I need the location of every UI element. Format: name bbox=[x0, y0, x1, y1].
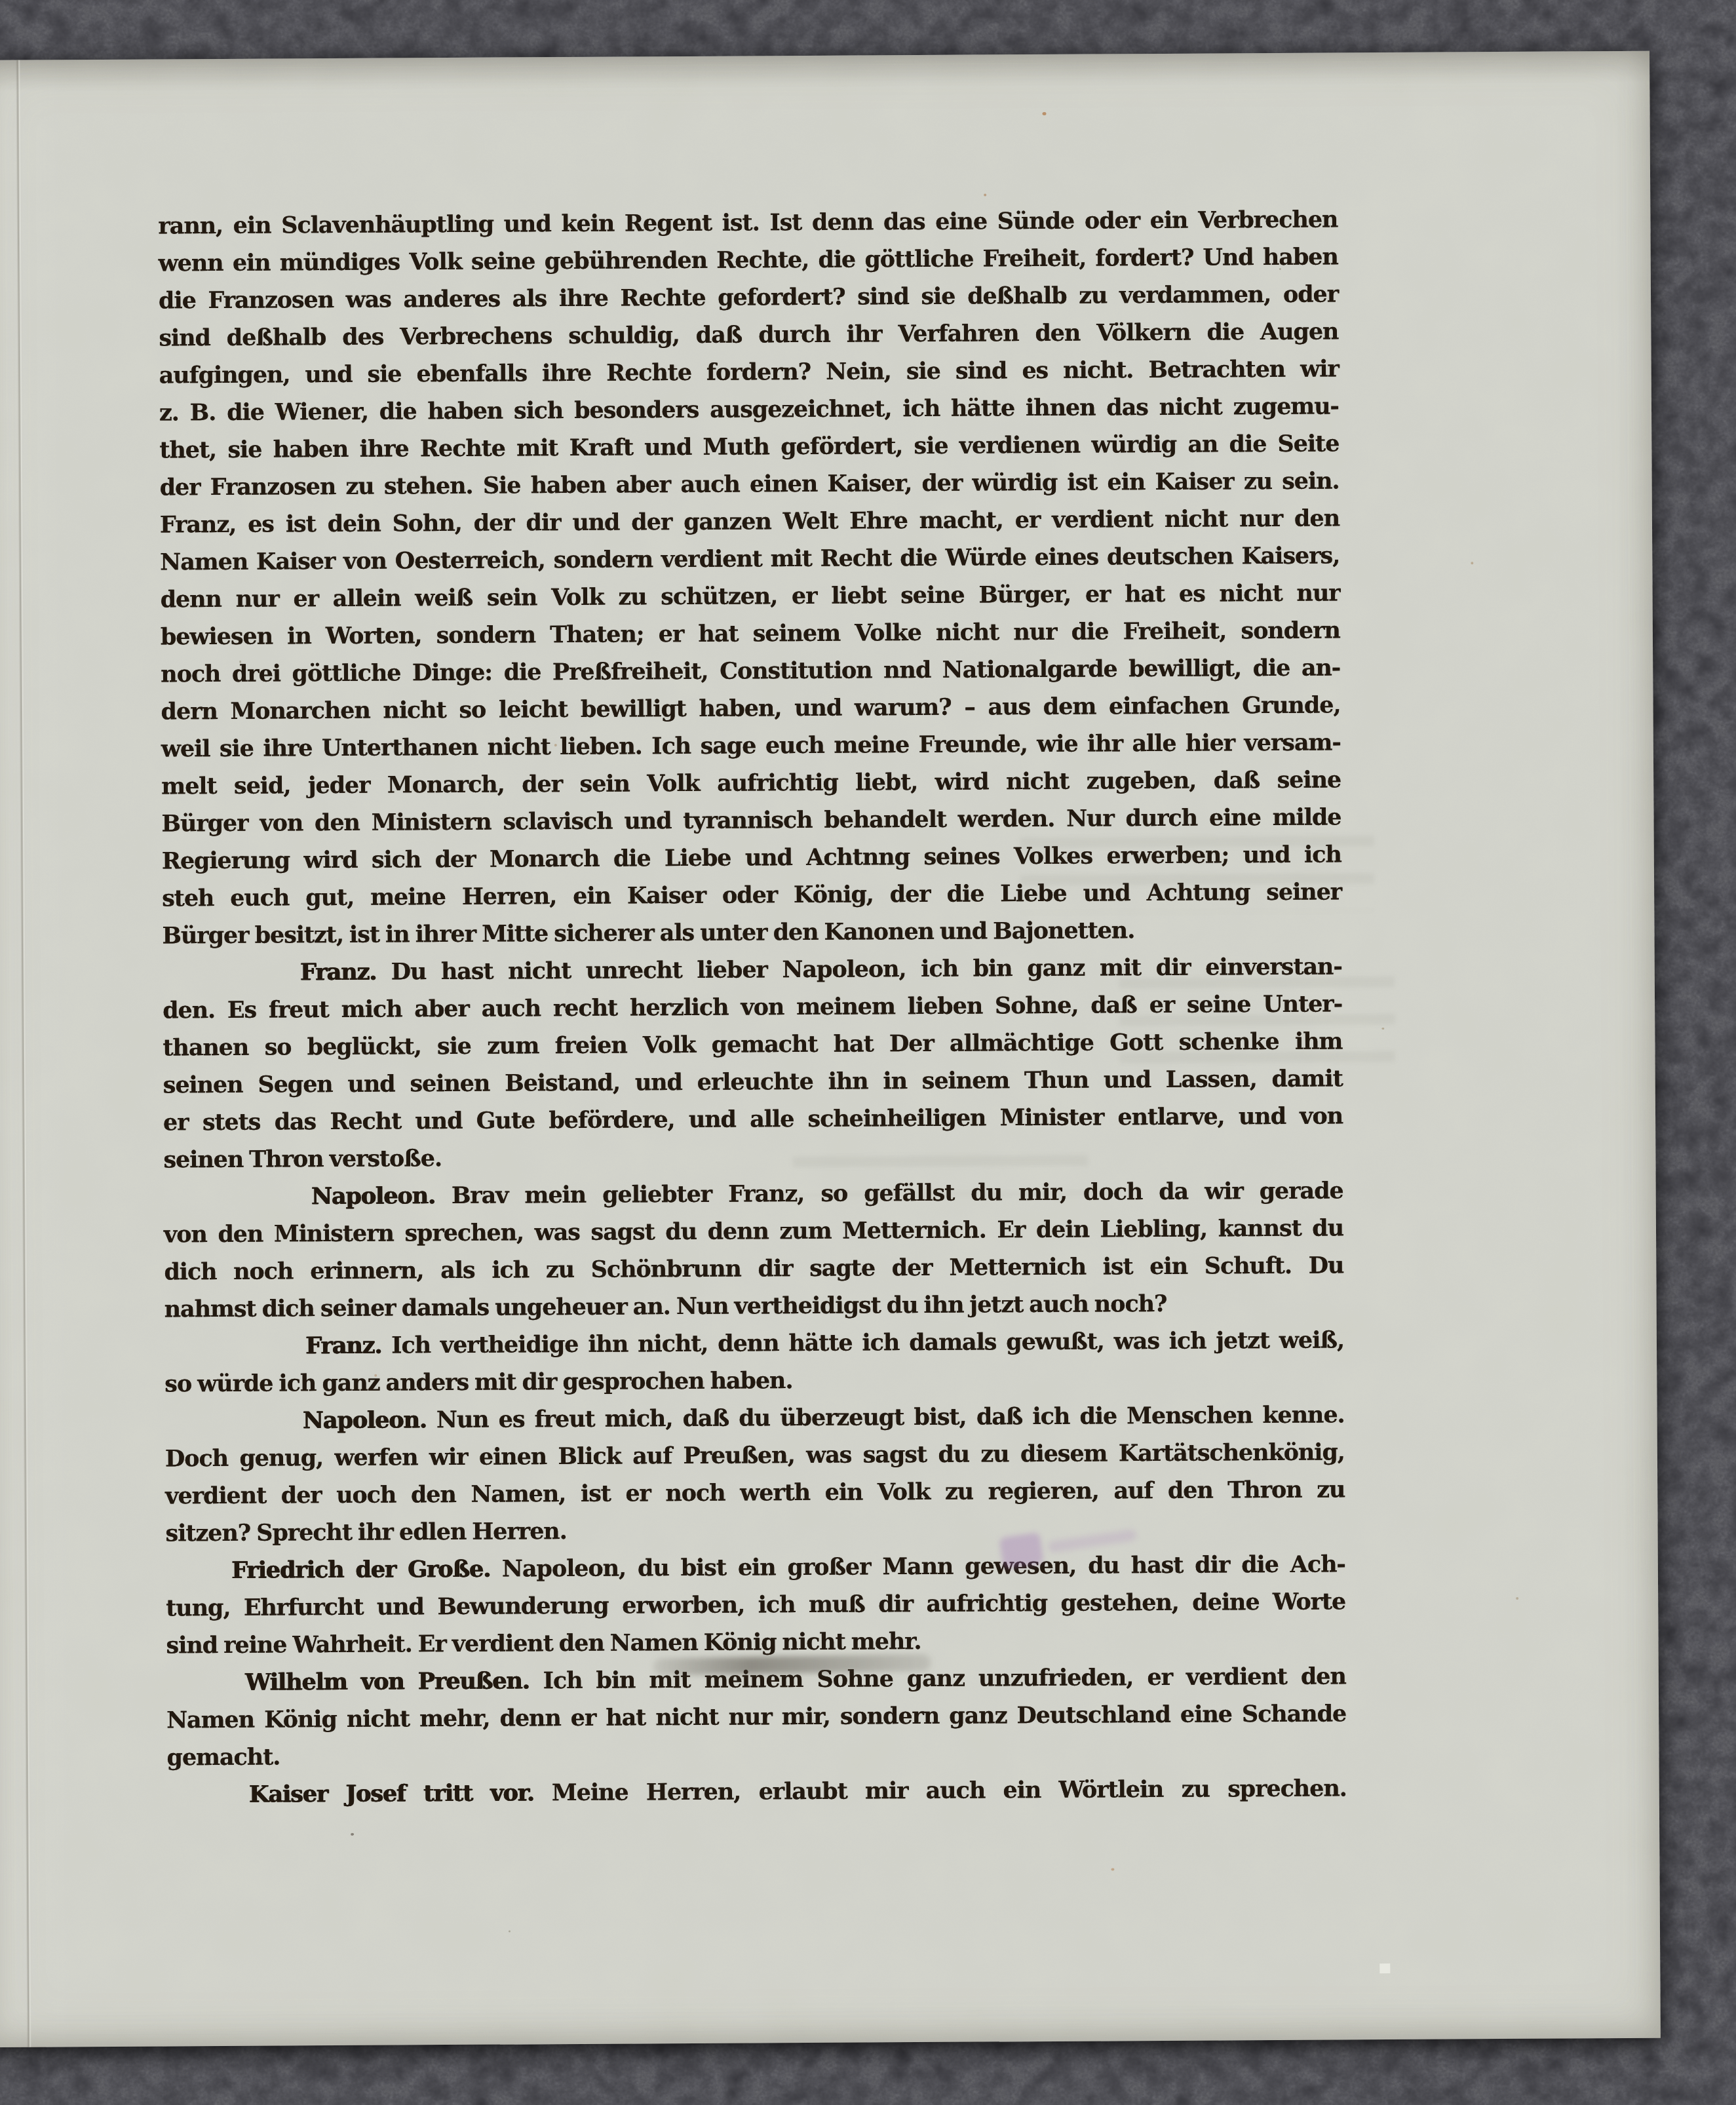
foxing-speck bbox=[1516, 1597, 1518, 1600]
foxing-speck bbox=[1111, 1868, 1114, 1870]
text-line: dern Monarchen nicht so leicht bewilligt… bbox=[161, 686, 1340, 730]
foxing-speck bbox=[239, 661, 241, 663]
text-line: Franz, es ist dein Sohn, der dir und der… bbox=[160, 499, 1340, 543]
text-line: tung, Ehrfurcht und Bewunderung erworben… bbox=[166, 1583, 1345, 1627]
verso-ghosting bbox=[1020, 836, 1375, 913]
text-line: Namen König nicht mehr, denn er hat nich… bbox=[166, 1695, 1346, 1739]
text-line: denn nur er allein weiß sein Volk zu sch… bbox=[160, 574, 1340, 618]
speaker-name: Napoleon. bbox=[302, 1406, 426, 1434]
text-line: aufgingen, und sie ebenfalls ihre Rechte… bbox=[159, 350, 1339, 394]
text-line: so würde ich ganz anders mit dir gesproc… bbox=[164, 1359, 1344, 1402]
foxing-speck bbox=[984, 193, 986, 196]
text-line: weil sie ihre Unterthanen nicht lieben. … bbox=[161, 724, 1341, 767]
text-line: von den Ministern sprechen, was sagst du… bbox=[164, 1209, 1343, 1253]
paper-sheet: rann, ein Sclavenhäuptling und kein Rege… bbox=[0, 51, 1661, 2047]
text-line: er stets das Recht und Gute befördere, u… bbox=[163, 1097, 1343, 1141]
text-line: Bürger besitzt, ist in ihrer Mitte siche… bbox=[162, 910, 1341, 954]
speaker-name: Friedrich der Große. bbox=[231, 1556, 490, 1584]
paragraph: Wilhelm von Preußen. Ich bin mit meinem … bbox=[166, 1657, 1347, 1776]
paragraph: Napoleon. Brav mein geliebter Franz, so … bbox=[164, 1172, 1344, 1328]
scan-background: rann, ein Sclavenhäuptling und kein Rege… bbox=[0, 0, 1736, 2105]
foxing-speck bbox=[554, 744, 557, 746]
verso-ghosting bbox=[792, 1155, 1087, 1197]
text-line: Kaiser Josef tritt vor. Meine Herren, er… bbox=[167, 1769, 1347, 1813]
text-line: wenn ein mündiges Volk seine gebührenden… bbox=[159, 238, 1338, 282]
text-line: Napoleon. Brav mein geliebter Franz, so … bbox=[164, 1172, 1343, 1216]
text-line: z. B. die Wiener, die haben sich besonde… bbox=[159, 387, 1339, 431]
foxing-speck bbox=[374, 1374, 377, 1377]
text-line: dich noch erinnern, als ich zu Schönbrun… bbox=[164, 1246, 1343, 1290]
foxing-speck bbox=[509, 1931, 511, 1933]
text-line: Friedrich der Große. Napoleon, du bist e… bbox=[166, 1545, 1345, 1589]
paper-defect-patch bbox=[1379, 1963, 1390, 1973]
text-line: rann, ein Sclavenhäuptling und kein Rege… bbox=[158, 201, 1338, 244]
text-line: sitzen? Sprecht ihr edlen Herren. bbox=[165, 1508, 1345, 1552]
foxing-speck bbox=[1279, 268, 1281, 270]
foxing-speck bbox=[351, 1833, 354, 1836]
stamp-blot bbox=[999, 1532, 1044, 1569]
stamp-streak bbox=[1047, 1529, 1137, 1553]
foxing-speck bbox=[1471, 562, 1473, 564]
paragraph: Kaiser Josef tritt vor. Meine Herren, er… bbox=[167, 1769, 1347, 1813]
foxing-speck bbox=[284, 411, 286, 414]
text-line: Doch genug, werfen wir einen Blick auf P… bbox=[165, 1433, 1345, 1477]
speaker-name: Napoleon. bbox=[311, 1182, 435, 1210]
text-line: Franz. Ich vertheidige ihn nicht, denn h… bbox=[164, 1321, 1344, 1365]
text-line: noch drei göttliche Dinge: die Preßfreih… bbox=[161, 649, 1340, 693]
foxing-speck bbox=[1381, 1028, 1384, 1030]
paragraph: Franz. Ich vertheidige ihn nicht, denn h… bbox=[164, 1321, 1345, 1402]
paragraph: Friedrich der Große. Napoleon, du bist e… bbox=[166, 1545, 1346, 1664]
text-line: verdient der uoch den Namen, ist er noch… bbox=[165, 1471, 1345, 1515]
speaker-name: Franz. bbox=[300, 959, 376, 986]
text-line: seinen Thron verstoße. bbox=[163, 1134, 1343, 1178]
text-line: gemacht. bbox=[166, 1732, 1346, 1776]
text-line: thet, sie haben ihre Rechte mit Kraft un… bbox=[159, 425, 1339, 469]
paragraph: Napoleon. Nun es freut mich, daß du über… bbox=[164, 1396, 1345, 1552]
text-line: seinen Segen und seinen Beistand, und er… bbox=[163, 1060, 1343, 1104]
speaker-name: Wilhelm von Preußen. bbox=[245, 1667, 530, 1695]
text-line: der Franzosen zu stehen. Sie haben aber … bbox=[159, 462, 1339, 506]
speaker-name: Franz. bbox=[305, 1332, 381, 1360]
verso-ghosting bbox=[1119, 976, 1395, 1063]
text-line: sind deßhalb des Verbrechens schuldig, d… bbox=[159, 313, 1338, 357]
text-line: bewiesen in Worten, sondern Thaten; er h… bbox=[161, 611, 1340, 655]
text-line: Bürger von den Ministern sclavisch und t… bbox=[161, 798, 1341, 842]
text-line: Namen Kaiser von Oesterreich, sondern ve… bbox=[160, 537, 1340, 581]
foxing-speck bbox=[1042, 112, 1046, 115]
speaker-name: Kaiser Josef tritt vor. bbox=[249, 1779, 534, 1807]
text-line: melt seid, jeder Monarch, der sein Volk … bbox=[161, 761, 1341, 805]
text-line: die Franzosen was anderes als ihre Recht… bbox=[159, 275, 1338, 319]
text-line: nahmst dich seiner damals ungeheuer an. … bbox=[164, 1284, 1343, 1328]
text-line: Napoleon. Nun es freut mich, daß du über… bbox=[164, 1396, 1344, 1440]
